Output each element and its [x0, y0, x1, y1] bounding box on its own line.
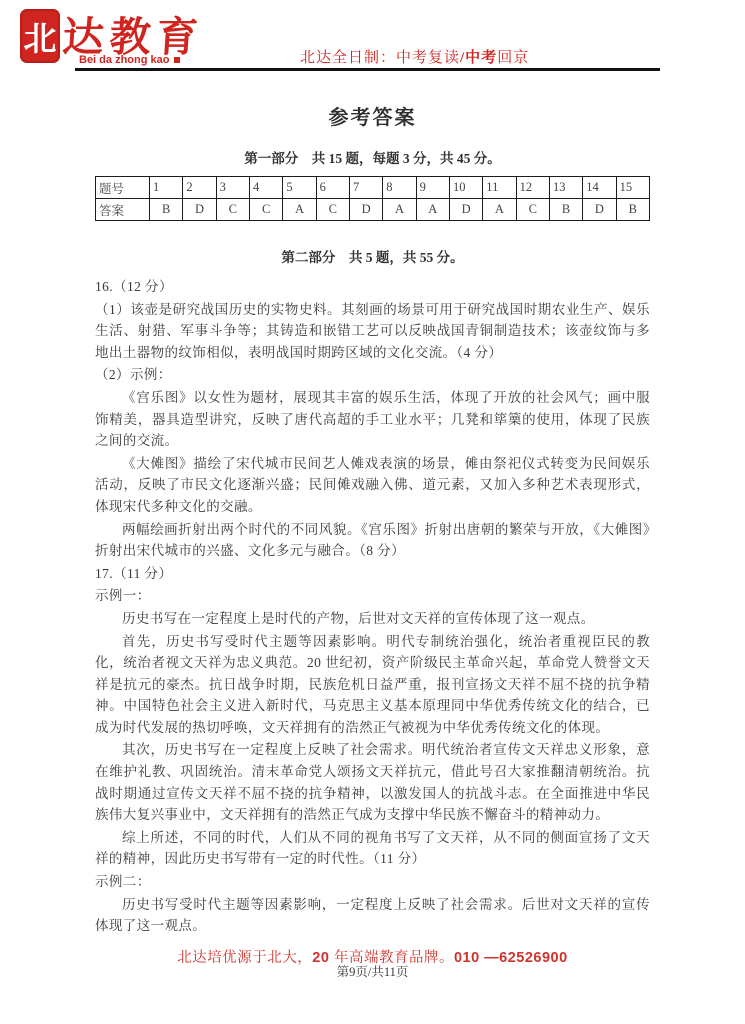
question-number-cell: 11 — [483, 177, 516, 199]
answer-cell: B — [616, 199, 649, 221]
question-17-label: 17.（11 分） — [95, 563, 650, 585]
header-tagline: 北达全日制：中考复读/中考回京 — [300, 46, 529, 67]
question-number-cell: 2 — [183, 177, 216, 199]
answer-cell: B — [549, 199, 582, 221]
answer-cell: C — [249, 199, 282, 221]
answer-key-table: 题号 1 2 3 4 5 6 7 8 9 10 11 12 13 14 15 答… — [95, 176, 650, 221]
part1-heading: 第一部分 共 15 题，每题 3 分，共 45 分。 — [95, 147, 650, 167]
question-16-item2-label: （2）示例： — [95, 364, 650, 386]
answer-cell: B — [150, 199, 183, 221]
footer-tagline-pre: 北达培优源于北大， — [177, 950, 312, 966]
part2-heading: 第二部分 共 5 题，共 55 分。 — [95, 246, 650, 266]
answer-cell: A — [283, 199, 316, 221]
question-number-cell: 3 — [216, 177, 249, 199]
question-17-example2-label: 示例二： — [95, 871, 650, 893]
answer-cell: D — [449, 199, 482, 221]
footer-tagline-bold-years: 20 — [312, 950, 329, 966]
header-divider-line — [75, 68, 660, 71]
brand-subtitle: Bei da zhong kao — [79, 54, 180, 66]
answer-cell: D — [583, 199, 616, 221]
question-number-cell: 13 — [549, 177, 582, 199]
question-17-paragraph: 历史书写受时代主题等因素影响，一定程度上反映了社会需求。后世对文天祥的宣传体现了… — [95, 894, 650, 937]
answer-cell: D — [183, 199, 216, 221]
question-number-cell: 14 — [583, 177, 616, 199]
document-body: 参考答案 第一部分 共 15 题，每题 3 分，共 45 分。 题号 1 2 3… — [0, 101, 745, 937]
red-square-bullet-icon — [174, 57, 180, 63]
question-16-block: 16.（12 分） （1）该壶是研究战国历史的实物史料。其刻画的场景可用于研究战… — [95, 276, 650, 562]
page-number: 第9页/共11页 — [0, 962, 745, 980]
answer-header: 答案 — [96, 199, 150, 221]
table-row-answers: 答案 B D C C A C D A A D A C B D B — [96, 199, 650, 221]
header-tagline-pre: 北达全日制：中考复读 — [300, 50, 460, 66]
question-16-paragraph: 《宫乐图》以女性为题材，展现其丰富的娱乐生活，体现了开放的社会风气；画中服饰精美… — [95, 387, 650, 452]
question-16-paragraph: 《大傩图》描绘了宋代城市民间艺人傩戏表演的场景，傩由祭祀仪式转变为民间娱乐活动，… — [95, 453, 650, 518]
answer-cell: A — [483, 199, 516, 221]
answer-cell: C — [516, 199, 549, 221]
question-17-paragraph: 历史书写在一定程度上是时代的产物，后世对文天祥的宣传体现了这一观点。 — [95, 608, 650, 630]
question-number-cell: 15 — [616, 177, 649, 199]
answer-sheet-page: 北 达教育 Bei da zhong kao 北达全日制：中考复读/中考回京 参… — [0, 0, 745, 1024]
page-header: 北 达教育 Bei da zhong kao 北达全日制：中考复读/中考回京 — [0, 0, 745, 74]
footer-phone-number: 010 —62526900 — [454, 950, 568, 966]
question-number-cell: 12 — [516, 177, 549, 199]
question-17-paragraph: 首先，历史书写受时代主题等因素影响。明代专制统治强化，统治者重视臣民的教化，统治… — [95, 631, 650, 739]
question-number-cell: 5 — [283, 177, 316, 199]
beida-seal-logo-icon: 北 — [20, 9, 60, 63]
question-16-label: 16.（12 分） — [95, 276, 650, 298]
question-16-item1: （1）该壶是研究战国历史的实物史料。其刻画的场景可用于研究战国时期农业生产、娱乐… — [95, 299, 650, 364]
question-number-cell: 7 — [349, 177, 382, 199]
question-number-cell: 8 — [383, 177, 416, 199]
answer-cell: D — [349, 199, 382, 221]
table-row-question-numbers: 题号 1 2 3 4 5 6 7 8 9 10 11 12 13 14 15 — [96, 177, 650, 199]
brand-subtitle-text: Bei da zhong kao — [79, 54, 169, 66]
question-17-paragraph: 综上所述，不同的时代，人们从不同的视角书写了文天祥，从不同的侧面宣扬了文天祥的精… — [95, 827, 650, 870]
question-16-paragraph: 两幅绘画折射出两个时代的不同风貌。《宫乐图》折射出唐朝的繁荣与开放，《大傩图》折… — [95, 519, 650, 562]
question-number-cell: 9 — [416, 177, 449, 199]
question-17-paragraph: 其次，历史书写在一定程度上反映了社会需求。明代统治者宣传文天祥忠义形象，意在维护… — [95, 739, 650, 825]
answer-cell: A — [383, 199, 416, 221]
header-tagline-post: 回京 — [497, 50, 529, 66]
page-footer: 北达培优源于北大，20 年高端教育品牌。010 —62526900 第9页/共1… — [0, 946, 745, 980]
answer-cell: C — [316, 199, 349, 221]
question-number-header: 题号 — [96, 177, 150, 199]
page-title: 参考答案 — [95, 101, 650, 130]
question-number-cell: 1 — [150, 177, 183, 199]
question-number-cell: 10 — [449, 177, 482, 199]
question-number-cell: 6 — [316, 177, 349, 199]
question-number-cell: 4 — [249, 177, 282, 199]
question-17-block: 17.（11 分） 示例一： 历史书写在一定程度上是时代的产物，后世对文天祥的宣… — [95, 563, 650, 937]
header-tagline-bold: /中考 — [460, 50, 497, 66]
answer-cell: A — [416, 199, 449, 221]
question-17-example1-label: 示例一： — [95, 585, 650, 607]
answer-cell: C — [216, 199, 249, 221]
